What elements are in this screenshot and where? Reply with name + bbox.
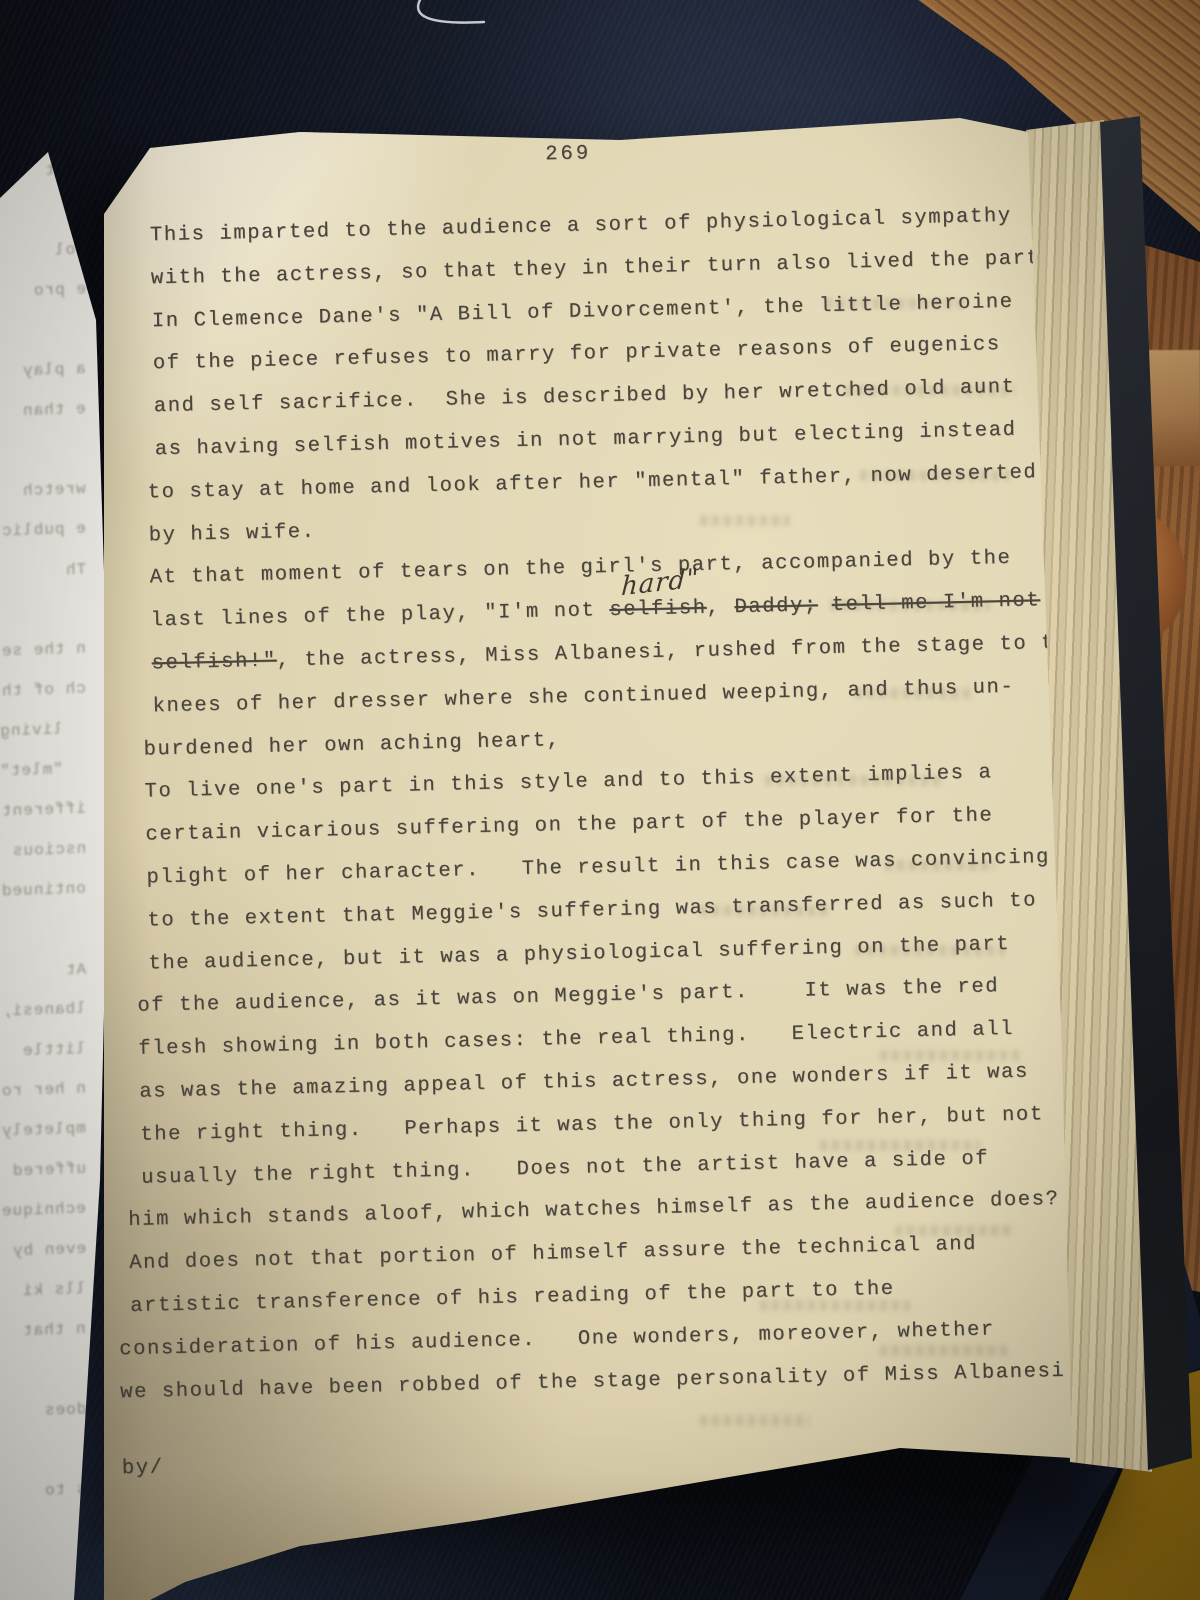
mirrored-text-fragment: ch of th — [0, 670, 100, 710]
mirrored-text-fragment: living is — [0, 710, 100, 750]
strikethrough-text: selfish!" — [151, 650, 277, 676]
typed-text — [818, 594, 832, 617]
typed-text: by/ — [122, 1457, 164, 1481]
photo-of-open-book: whatrole proa playe thanwretche publicTh… — [0, 0, 1200, 1600]
mirrored-text-fragment — [0, 1350, 100, 1390]
handwritten-correction: hard" — [620, 557, 701, 609]
manuscript-page: 269 This imparted to the audience a sort… — [0, 0, 1200, 1600]
typed-lines: This imparted to the audience a sort of … — [119, 195, 1088, 1491]
mirrored-text-fragment: n the se — [0, 630, 100, 670]
mirrored-text-fragment: a play — [0, 350, 100, 390]
mirrored-text-fragment: lls ki — [0, 1270, 100, 1310]
typed-text: , the actress, Miss Albanesi, rushed fro… — [276, 631, 1083, 672]
mirrored-text-fragment: "mlet" is — [0, 750, 100, 790]
mirrored-text-fragment: e public — [0, 510, 100, 550]
mirrored-text-fragment — [0, 910, 100, 950]
typed-text: , — [706, 596, 734, 620]
typed-text: last lines of the play, "I'm not — [150, 599, 609, 632]
mirrored-text-fragment: little — [0, 1030, 100, 1070]
mirrored-text-fragment: Th — [0, 550, 100, 590]
mirrored-text-fragment: nscious — [0, 830, 100, 870]
typed-text: artistic transference of his reading of … — [130, 1278, 895, 1318]
mirrored-text-fragment — [0, 590, 100, 630]
mirrored-text-fragment: ifferent — [0, 790, 100, 830]
typed-text: by his wife. — [148, 520, 315, 547]
mirrored-text-fragment: ontinued — [0, 870, 100, 910]
thin-cable — [398, 0, 518, 40]
strikethrough-text: selfishhard" — [609, 597, 707, 622]
mirrored-text-fragment: At — [0, 950, 100, 990]
strikethrough-text: Daddy; — [734, 594, 818, 619]
mirrored-text-fragment: mpletely — [0, 1110, 100, 1150]
mirrored-text-fragment: n her ro — [0, 1070, 100, 1110]
mirrored-text-fragment: lbanesi, — [0, 990, 100, 1030]
mirrored-text-fragment — [0, 430, 100, 470]
mirrored-text-fragment: n that — [0, 1310, 100, 1350]
typed-text-block: 269 This imparted to the audience a sort… — [118, 129, 1088, 1491]
strikethrough-text: tell me I'm not — [832, 589, 1041, 617]
mirrored-text-fragment — [0, 310, 100, 350]
mirrored-text-fragment: e than — [0, 390, 100, 430]
mirrored-text-fragment: wretch — [0, 470, 100, 510]
left-page-fragments: whatrole proa playe thanwretche publicTh… — [0, 150, 100, 1510]
mirrored-text-fragment: uffered — [0, 1150, 100, 1190]
mirrored-text-fragment: echnique — [0, 1190, 100, 1230]
typed-text: burdened her own aching heart, — [143, 729, 560, 761]
mirrored-text-fragment: even by — [0, 1230, 100, 1270]
